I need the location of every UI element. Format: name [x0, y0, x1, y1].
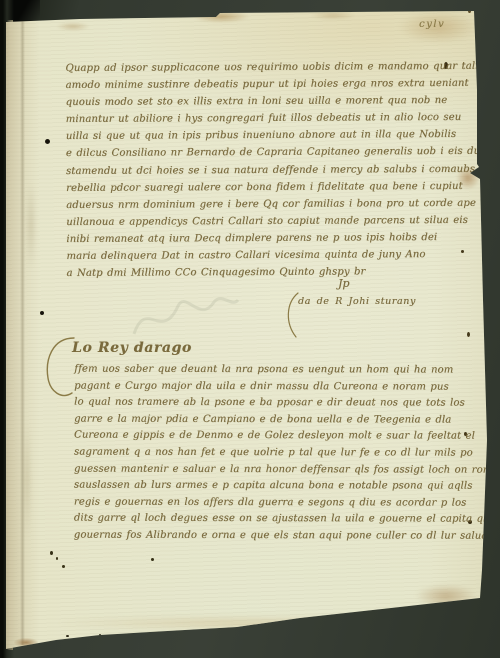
manuscript-line: a Natp dmi Millimo CCo Cinquagesimo Quin… — [66, 263, 426, 282]
manuscript-line: amodo minime sustinre debeatis pupur ut … — [66, 75, 426, 94]
manuscript-photo: cylv Quapp ad ipsor supplicacone uos req… — [0, 0, 500, 658]
speck — [66, 635, 69, 637]
letter-heading: Lo Rey darago — [72, 340, 192, 356]
ink-showthrough — [128, 290, 243, 345]
catalan-letter-block: ffem uos saber que deuant la nra psona e… — [74, 362, 426, 545]
manuscript-line: minantur ut abiliore i hys congregari fu… — [66, 109, 426, 128]
manuscript-line: guessen mantenir e saluar e la nra honor… — [74, 461, 426, 479]
stain — [26, 180, 36, 270]
wormhole — [40, 311, 44, 315]
gutter-crease — [20, 20, 25, 645]
manuscript-line: pagant e Curgo major dla uila e dnir mas… — [74, 378, 426, 396]
speck — [50, 551, 53, 555]
stain — [23, 420, 31, 540]
stain — [56, 22, 90, 31]
stain — [310, 11, 356, 20]
speck — [56, 557, 58, 560]
manuscript-line: ffem uos saber que deuant la nra psona e… — [74, 362, 426, 380]
speck — [62, 565, 65, 568]
latin-letter-block: Quapp ad ipsor supplicacone uos requirim… — [65, 58, 426, 282]
chancery-signature: da de R Johi sturany — [298, 296, 416, 307]
manuscript-line: lo qual nos tramere ab la psone e ba ppo… — [74, 395, 426, 413]
manuscript-line: stamendu ut dci hoies se i sua natura de… — [66, 161, 426, 180]
manuscript-line: garre e la major pdia e Campiano e de bo… — [74, 411, 426, 429]
folio-number: cylv — [419, 19, 445, 30]
manuscript-line: rebellia pdcor suaregi ualere cor bona f… — [66, 178, 426, 197]
manuscript-line: Cureona e gippis e de Denmo e de Golez d… — [74, 428, 426, 446]
parchment-page: cylv Quapp ad ipsor supplicacone uos req… — [0, 0, 500, 658]
manuscript-line: e dilcus Consiliano nr Bernardo de Capra… — [66, 144, 426, 163]
manuscript-line: uilla si que ut qua in ipis pribus inuen… — [66, 126, 426, 145]
manuscript-line: quouis modo set sto ex illis extra in lo… — [66, 92, 426, 111]
manuscript-line: dits garre ql loch degues esse on se aju… — [74, 511, 426, 529]
notary-paraph: Jp — [338, 277, 349, 290]
manuscript-line: Quapp ad ipsor supplicacone uos requirim… — [65, 58, 425, 77]
manuscript-line: aduersus nrm dominium gere i bere Qq cor… — [66, 195, 426, 214]
manuscript-line: sauslassen ab lurs armes e p capita alcu… — [74, 478, 426, 496]
manuscript-line: regis e gouernas en los affers dla guerr… — [74, 494, 426, 512]
manuscript-line: inibi remaneat atq iura Decq dimplere pa… — [66, 229, 426, 248]
manuscript-line: gouernas fos Alibrando e orna e que els … — [74, 527, 426, 545]
speck — [467, 332, 470, 337]
speck — [461, 250, 464, 253]
manuscript-line: sagrament q a nos han fet e que uolrie p… — [74, 445, 426, 463]
wormhole — [45, 139, 50, 144]
manuscript-line: uillanoua e appendicys Castri Callari st… — [66, 212, 426, 231]
speck — [151, 558, 154, 561]
manuscript-line: maria delinquera Dat in castro Callari v… — [66, 246, 426, 265]
